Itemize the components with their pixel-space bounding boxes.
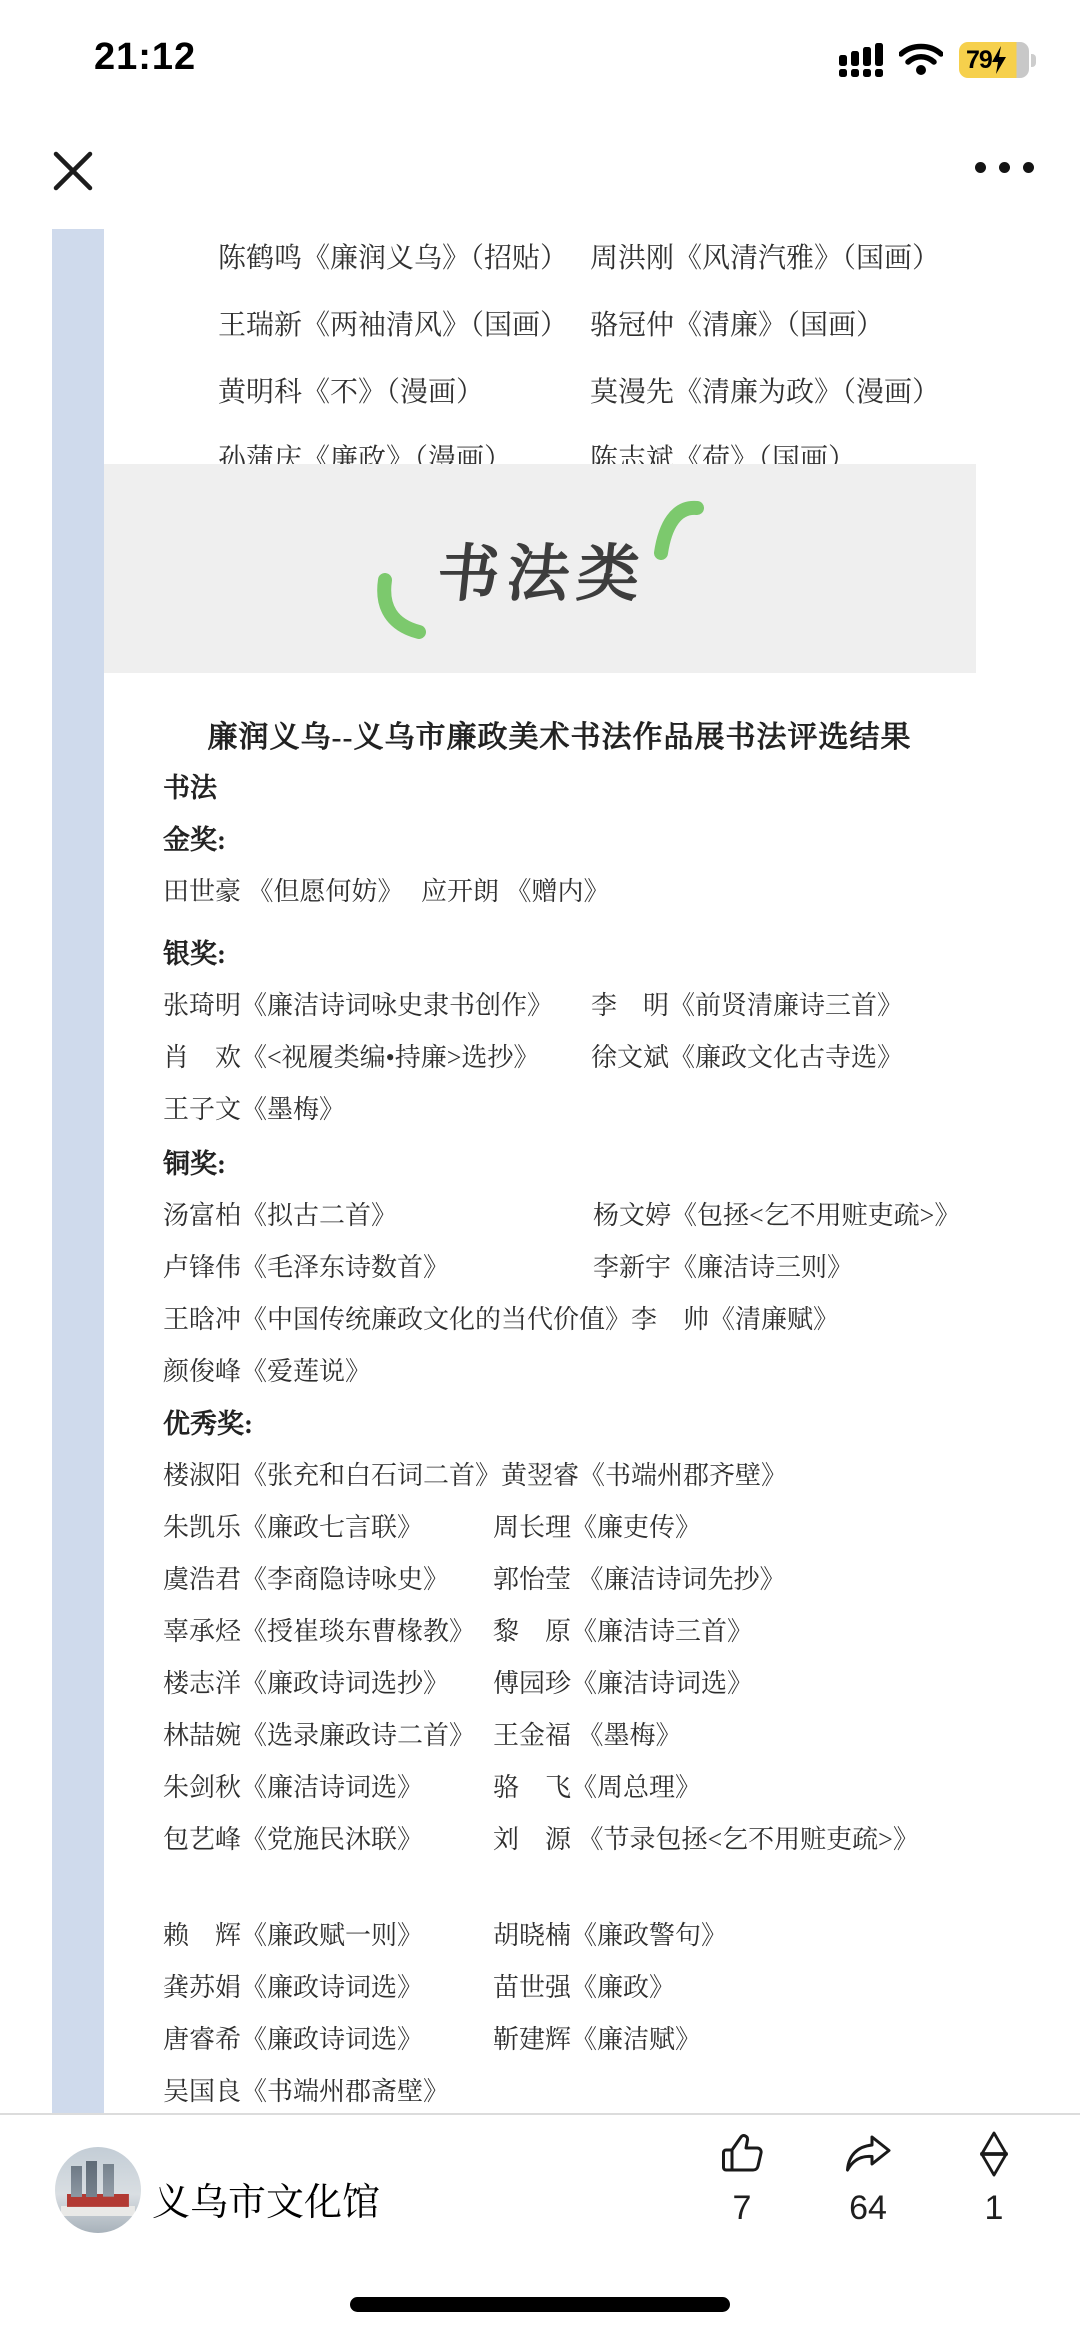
- entry-right: 周洪刚《风清汽雅》（国画）: [590, 243, 940, 275]
- wow-count: 1: [985, 2189, 1004, 2228]
- award-rows: 汤富柏《拟古二首》 杨文婷《包拯<乞不用赃吏疏>》 卢锋伟《毛泽东诗数首》 李新…: [163, 1199, 950, 1407]
- green-bracket-left-icon: [376, 573, 426, 639]
- entry-right: 靳建辉《廉洁赋》: [493, 2023, 701, 2057]
- award-section-silver: 银奖: 张琦明《廉洁诗词咏史隶书创作》 李 明《前贤清廉诗三首》 肖 欢《<视履…: [163, 937, 950, 1145]
- account-bar: 义乌市文化馆 7 64 1: [0, 2113, 1080, 2337]
- entry-right: 骆 飞《周总理》: [493, 1771, 701, 1805]
- entry-right: 李新宇《廉洁诗三则》: [593, 1251, 853, 1285]
- award-row: 王晗冲《中国传统廉政文化的当代价值》 李 帅《清廉赋》: [163, 1303, 950, 1355]
- entry-right: 应开朗 《赠内》: [421, 875, 610, 909]
- entry-left: 汤富柏《拟古二首》: [163, 1199, 593, 1233]
- document-title: 廉润义乌--义乌市廉政美术书法作品展书法评选结果: [163, 718, 950, 771]
- entry-left: 田世豪 《但愿何妨》: [163, 875, 421, 909]
- status-icons: 79: [839, 42, 1036, 78]
- entry-left: 王晗冲《中国传统廉政文化的当代价值》: [163, 1303, 631, 1337]
- entry-right: 王金福 《墨梅》: [493, 1719, 682, 1753]
- account-name[interactable]: 义乌市文化馆: [152, 2171, 380, 2226]
- entry-left: 朱凯乐《廉政七言联》: [163, 1511, 493, 1545]
- entry-right: 苗世强《廉政》: [493, 1971, 675, 2005]
- award-row: 王子文《墨梅》: [163, 1093, 950, 1145]
- entry-right: 李 帅《清廉赋》: [631, 1303, 839, 1337]
- article-nav-bar: [0, 90, 1080, 228]
- status-bar: 21:12 79: [0, 0, 1080, 90]
- wechat-article-screen: 21:12 79: [0, 0, 1080, 2337]
- article-body: 陈鹤鸣《廉润义乌》（招贴） 周洪刚《风清汽雅》（国画） 王瑞新《两袖清风》（国画…: [104, 229, 976, 2113]
- entry-left: 林喆婉《选录廉政诗二首》: [163, 1719, 493, 1753]
- wifi-icon: [899, 43, 943, 77]
- close-button[interactable]: [50, 148, 96, 194]
- award-row: 朱剑秋《廉洁诗词选》 骆 飞《周总理》: [163, 1771, 950, 1823]
- award-row: 张琦明《廉洁诗词咏史隶书创作》 李 明《前贤清廉诗三首》: [163, 989, 950, 1041]
- entry-right: 黄翌睿《书端州郡齐壁》: [501, 1459, 787, 1493]
- award-rows: 张琦明《廉洁诗词咏史隶书创作》 李 明《前贤清廉诗三首》 肖 欢《<视履类编•持…: [163, 989, 950, 1145]
- entry-left: 包艺峰《党施民沐联》: [163, 1823, 493, 1857]
- section-heading: 银奖:: [163, 937, 950, 989]
- award-row: 黄明科《不》（漫画） 莫漫先《清廉为政》（漫画）: [218, 377, 960, 444]
- battery-indicator: 79: [959, 42, 1036, 78]
- home-indicator[interactable]: [350, 2297, 730, 2312]
- award-row: 田世豪 《但愿何妨》 应开朗 《赠内》: [163, 875, 950, 927]
- entry-right: 徐文斌《廉政文化古寺选》: [591, 1041, 903, 1075]
- entry-right: 李 明《前贤清廉诗三首》: [591, 989, 903, 1023]
- share-count: 64: [849, 2189, 887, 2228]
- entry-right: 杨文婷《包拯<乞不用赃吏疏>》: [593, 1199, 950, 1233]
- award-rows: 楼淑阳《张充和白石词二首》 黄翌睿《书端州郡齐壁》 朱凯乐《廉政七言联》 周长理…: [163, 1459, 950, 1875]
- entry-right: 骆冠仲《清廉》（国画）: [590, 310, 884, 342]
- award-section-excellence-cont: 赖 辉《廉政赋一则》 胡晓楠《廉政警句》 龚苏娟《廉政诗词选》 苗世强《廉政》 …: [163, 1919, 950, 2113]
- award-row: 朱凯乐《廉政七言联》 周长理《廉吏传》: [163, 1511, 950, 1563]
- entry-left: 虞浩君《李商隐诗咏史》: [163, 1563, 493, 1597]
- entry-left: 王瑞新《两袖清风》（国画）: [218, 310, 590, 342]
- entry-left: 楼淑阳《张充和白石词二首》: [163, 1459, 501, 1493]
- close-icon: [56, 154, 90, 188]
- entry-right: 黎 原《廉洁诗三首》: [493, 1615, 753, 1649]
- award-row: 楼淑阳《张充和白石词二首》 黄翌睿《书端州郡齐壁》: [163, 1459, 950, 1511]
- award-section-gold: 金奖: 田世豪 《但愿何妨》 应开朗 《赠内》: [163, 823, 950, 927]
- like-count: 7: [733, 2189, 752, 2228]
- entry-left: 唐睿希《廉政诗词选》: [163, 2023, 493, 2057]
- entry-right: 刘 源 《节录包拯<乞不用赃吏疏>》: [493, 1823, 919, 1857]
- entry-right: 郭怡莹 《廉洁诗词先抄》: [493, 1563, 786, 1597]
- award-row: 吴国良《书端州郡斋壁》: [163, 2075, 950, 2113]
- award-row: 赖 辉《廉政赋一则》 胡晓楠《廉政警句》: [163, 1919, 950, 1971]
- award-row: 卢锋伟《毛泽东诗数首》 李新宇《廉洁诗三则》: [163, 1251, 950, 1303]
- battery-percent: 79: [966, 46, 992, 75]
- entry-right: 傅园珍《廉洁诗词选》: [493, 1667, 753, 1701]
- cellular-signal-icon: [839, 43, 883, 77]
- entry-left: 辜承烃《授崔琰东曹椽教》: [163, 1615, 493, 1649]
- entry-left: 朱剑秋《廉洁诗词选》: [163, 1771, 493, 1805]
- wow-button[interactable]: 1: [964, 2129, 1024, 2228]
- award-rows: 赖 辉《廉政赋一则》 胡晓楠《廉政警句》 龚苏娟《廉政诗词选》 苗世强《廉政》 …: [163, 1919, 950, 2113]
- award-section-bronze: 铜奖: 汤富柏《拟古二首》 杨文婷《包拯<乞不用赃吏疏>》 卢锋伟《毛泽东诗数首…: [163, 1147, 950, 1407]
- section-heading: 铜奖:: [163, 1147, 950, 1199]
- entry-left: 楼志洋《廉政诗词选抄》: [163, 1667, 493, 1701]
- entry-left: 张琦明《廉洁诗词咏史隶书创作》: [163, 989, 591, 1023]
- entry-right: 胡晓楠《廉政警句》: [493, 1919, 727, 1953]
- account-avatar[interactable]: [55, 2147, 141, 2233]
- article-scroll-area[interactable]: 陈鹤鸣《廉润义乌》（招贴） 周洪刚《风清汽雅》（国画） 王瑞新《两袖清风》（国画…: [0, 229, 1080, 2113]
- entry-left: 吴国良《书端州郡斋壁》: [163, 2075, 493, 2109]
- wow-star-icon: [969, 2129, 1019, 2179]
- award-row: 肖 欢《<视履类编•持廉>选抄》 徐文斌《廉政文化古寺选》: [163, 1041, 950, 1093]
- award-row: 辜承烃《授崔琰东曹椽教》 黎 原《廉洁诗三首》: [163, 1615, 950, 1667]
- share-arrow-icon: [842, 2129, 894, 2179]
- entry-left: 龚苏娟《廉政诗词选》: [163, 1971, 493, 2005]
- award-row: 汤富柏《拟古二首》 杨文婷《包拯<乞不用赃吏疏>》: [163, 1199, 950, 1251]
- thumbs-up-icon: [717, 2129, 767, 2179]
- award-section-excellence: 优秀奖: 楼淑阳《张充和白石词二首》 黄翌睿《书端州郡齐壁》 朱凯乐《廉政七言联…: [163, 1407, 950, 1875]
- field-label: 书法: [163, 771, 950, 823]
- article-actions: 7 64 1: [712, 2129, 1024, 2228]
- more-icon: [975, 162, 986, 173]
- award-row: 陈鹤鸣《廉润义乌》（招贴） 周洪刚《风清汽雅》（国画）: [218, 243, 960, 310]
- entry-left: 王子文《墨梅》: [163, 1093, 591, 1127]
- clock: 21:12: [94, 36, 196, 79]
- category-title: 书法类: [423, 524, 662, 613]
- entry-left: 黄明科《不》（漫画）: [218, 377, 590, 409]
- entry-right: 莫漫先《清廉为政》（漫画）: [590, 377, 940, 409]
- award-row: 颜俊峰《爱莲说》: [163, 1355, 950, 1407]
- entry-right: 周长理《廉吏传》: [493, 1511, 701, 1545]
- more-menu-button[interactable]: [975, 162, 1034, 173]
- award-row: 林喆婉《选录廉政诗二首》 王金福 《墨梅》: [163, 1719, 950, 1771]
- category-banner: 书法类: [104, 464, 976, 673]
- award-row: 楼志洋《廉政诗词选抄》 傅园珍《廉洁诗词选》: [163, 1667, 950, 1719]
- award-row: 虞浩君《李商隐诗咏史》 郭怡莹 《廉洁诗词先抄》: [163, 1563, 950, 1615]
- award-rows: 田世豪 《但愿何妨》 应开朗 《赠内》: [163, 875, 950, 927]
- section-heading: 金奖:: [163, 823, 950, 875]
- award-row: 王瑞新《两袖清风》（国画） 骆冠仲《清廉》（国画）: [218, 310, 960, 377]
- entry-left: 卢锋伟《毛泽东诗数首》: [163, 1251, 593, 1285]
- like-button[interactable]: 7: [712, 2129, 772, 2228]
- award-row: 包艺峰《党施民沐联》 刘 源 《节录包拯<乞不用赃吏疏>》: [163, 1823, 950, 1875]
- charging-bolt-icon: [990, 46, 1008, 74]
- share-button[interactable]: 64: [838, 2129, 898, 2228]
- award-row: 龚苏娟《廉政诗词选》 苗世强《廉政》: [163, 1971, 950, 2023]
- section-heading: 优秀奖:: [163, 1407, 950, 1459]
- entry-left: 陈鹤鸣《廉润义乌》（招贴）: [218, 243, 590, 275]
- results-document: 廉润义乌--义乌市廉政美术书法作品展书法评选结果 书法 金奖: 田世豪 《但愿何…: [104, 718, 976, 2113]
- award-row: 唐睿希《廉政诗词选》 靳建辉《廉洁赋》: [163, 2023, 950, 2075]
- page-margin-left: [52, 229, 104, 2113]
- entry-left: 赖 辉《廉政赋一则》: [163, 1919, 493, 1953]
- entry-left: 颜俊峰《爱莲说》: [163, 1355, 593, 1389]
- entry-left: 肖 欢《<视履类编•持廉>选抄》: [163, 1041, 591, 1075]
